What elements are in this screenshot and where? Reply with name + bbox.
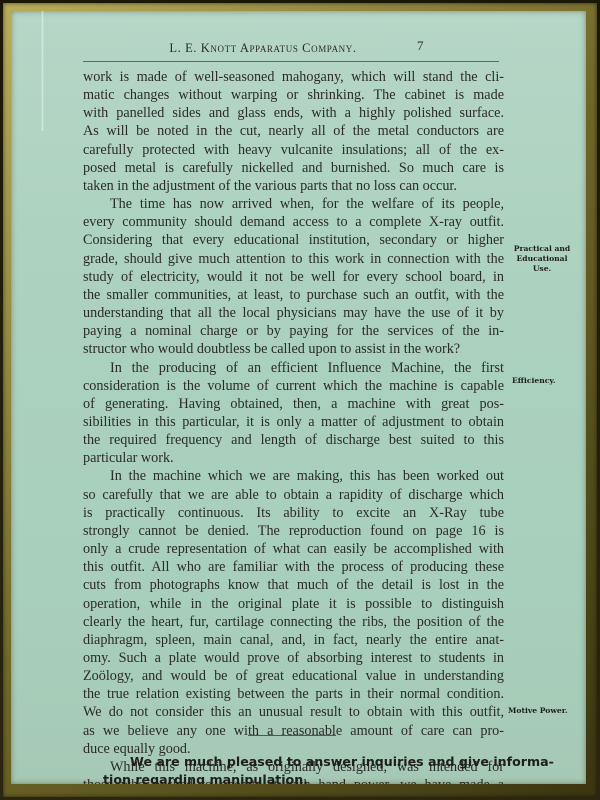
text-line: carefully protected with heavy vulcanite… — [83, 141, 504, 159]
text-line: the true relation existing between the p… — [83, 685, 504, 703]
text-line: every community should demand access to … — [83, 213, 504, 231]
footer-line: tion regarding manipulation. — [103, 771, 523, 784]
margin-note-line: Practical and — [507, 244, 577, 254]
margin-note-practical-use: Practical and Educational Use. — [507, 244, 577, 274]
text-line: In the producing of an efficient Influen… — [83, 359, 504, 377]
running-head: L. E. Knott Apparatus Company. — [83, 41, 443, 56]
text-line: consideration is the volume of current w… — [83, 377, 504, 395]
page-number: 7 — [417, 38, 424, 54]
text-line: Considering that every educational insti… — [83, 231, 504, 249]
text-line: work is made of well-seasoned mahogany, … — [83, 68, 504, 86]
text-line: the smaller communities, at least, to pu… — [83, 286, 504, 304]
text-line: is practically continuous. Its ability t… — [83, 504, 504, 522]
text-line: The time has now arrived when, for the w… — [83, 195, 504, 213]
text-line: As will be noted in the cut, nearly all … — [83, 122, 504, 140]
text-line: study of electricity, would it not be we… — [83, 268, 504, 286]
text-line: with panelled sides and glass ends, with… — [83, 104, 504, 122]
text-line: posed metal is carefully nickelled and b… — [83, 159, 504, 177]
text-line: grade, should give much attention to thi… — [83, 250, 504, 268]
header-rule — [83, 61, 499, 62]
text-line: so carefully that we are able to obtain … — [83, 486, 504, 504]
text-line: the required frequency and length of dis… — [83, 431, 504, 449]
margin-note-motive-power: Motive Power. — [508, 706, 578, 716]
text-line: as we believe any one with a reasonable … — [83, 722, 504, 740]
text-line: We do not consider this an unusual resul… — [83, 703, 504, 721]
text-line: only a crude representation of what can … — [83, 540, 504, 558]
text-line: particular work. — [83, 449, 504, 467]
book-page: L. E. Knott Apparatus Company. 7 work is… — [11, 11, 586, 784]
margin-note-efficiency: Efficiency. — [512, 376, 582, 386]
text-line: of generating. Having obtained, then, a … — [83, 395, 504, 413]
text-line: omy. Such a plate would prove of absorbi… — [83, 649, 504, 667]
footer-rule — [248, 735, 336, 736]
text-line: matic changes without warping or shrinki… — [83, 86, 504, 104]
text-line: Zoölogy, and would be of great education… — [83, 667, 504, 685]
page-crease — [41, 11, 44, 131]
photo-frame: L. E. Knott Apparatus Company. 7 work is… — [0, 0, 600, 800]
text-line: sibilities in this particular, it is onl… — [83, 413, 504, 431]
text-line: understanding that all the local physici… — [83, 304, 504, 322]
text-line: structor who would doubtless be called u… — [83, 340, 504, 358]
footer-line: We are much pleased to answer inquiries … — [103, 753, 525, 771]
text-line: paying a nominal charge or by paying for… — [83, 322, 504, 340]
body-text: work is made of well-seasoned mahogany, … — [83, 68, 504, 784]
text-line: cuts from photographs know that much of … — [83, 576, 504, 594]
text-line: strongly cannot be denied. The reproduct… — [83, 522, 504, 540]
margin-note-line: Educational — [507, 254, 577, 264]
text-line: this outfit. All who are familiar with t… — [83, 558, 504, 576]
text-line: taken in the adjustment of the various p… — [83, 177, 504, 195]
text-line: operation, while in the original plate i… — [83, 595, 504, 613]
margin-note-line: Use. — [507, 264, 577, 274]
text-line: clearly the heart, fur, cartilage connec… — [83, 613, 504, 631]
footer-note: We are much pleased to answer inquiries … — [103, 753, 523, 784]
text-line: diaphragm, spleen, main canal, and, in f… — [83, 631, 504, 649]
text-line: In the machine which we are making, this… — [83, 467, 504, 485]
